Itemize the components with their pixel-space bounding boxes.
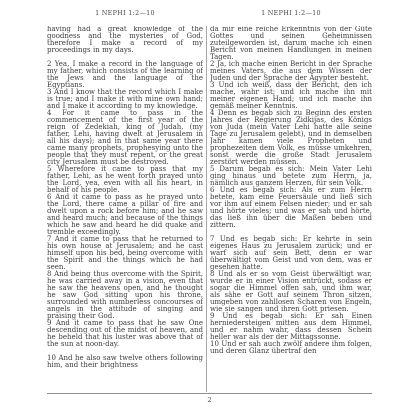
running-head-left: 1 NEPHI 1:2—10 xyxy=(47,9,203,17)
verse-paragraph: 5 Wherefore it came to pass that my fath… xyxy=(47,166,203,194)
verse-paragraph: 3 Und ich weiß, dass der Bericht, den ic… xyxy=(210,82,372,110)
column-divider-rule xyxy=(206,26,207,392)
verse-paragraph: 2 Ja, ich mache einen Bericht in der Spr… xyxy=(210,61,372,82)
page-number: 2 xyxy=(47,396,372,404)
verse-paragraph: 3 And I know that the record which I mak… xyxy=(47,89,203,110)
running-head-right: 1 NEPHI 1:2—10 xyxy=(210,9,372,17)
verse-paragraph: 4 For it came to pass in the commencemen… xyxy=(47,110,203,166)
column-english: having had a great knowledge of the good… xyxy=(47,26,203,392)
verse-paragraph: 5 Darum begab es sich: Mein Vater Lehi g… xyxy=(210,166,372,187)
verse-paragraph: 9 And it came to pass that he saw One de… xyxy=(47,320,203,348)
verse-paragraph: 8 Und als er so vom Geist überwältigt wa… xyxy=(210,271,372,313)
verse-paragraph: 7 And it came to pass that he returned t… xyxy=(47,236,203,271)
verse-paragraph: 4 Denn es begab sich zu Beginn des erste… xyxy=(210,110,372,166)
verse-paragraph: 8 And being thus overcome with the Spiri… xyxy=(47,271,203,320)
verse-paragraph: having had a great knowledge of the good… xyxy=(47,26,203,54)
verse-paragraph: 9 Und es begab sich: Er sah Einen hernie… xyxy=(210,313,372,341)
column-german: da mir eine reiche Erkenntnis von der Gü… xyxy=(210,26,372,392)
verse-paragraph: da mir eine reiche Erkenntnis von der Gü… xyxy=(210,26,372,61)
footer-rule xyxy=(47,393,372,394)
verse-paragraph: 6 And it came to pass as he prayed unto … xyxy=(47,194,203,236)
verse-paragraph: 2 Yea, I make a record in the language o… xyxy=(47,61,203,89)
book-page: 1 NEPHI 1:2—10 1 NEPHI 1:2—10 having had… xyxy=(0,0,416,414)
verse-paragraph: 7 Und es begab sich: Er kehrte in sein e… xyxy=(210,236,372,271)
parallel-text-block: having had a great knowledge of the good… xyxy=(47,26,372,392)
verse-paragraph: 10 And he also saw twelve others followi… xyxy=(47,355,203,369)
verse-paragraph: 6 Und es begab sich: Als er zum Herrn be… xyxy=(210,187,372,229)
verse-paragraph: 10 Und er sah auch zwölf andere ihm folg… xyxy=(210,341,372,355)
